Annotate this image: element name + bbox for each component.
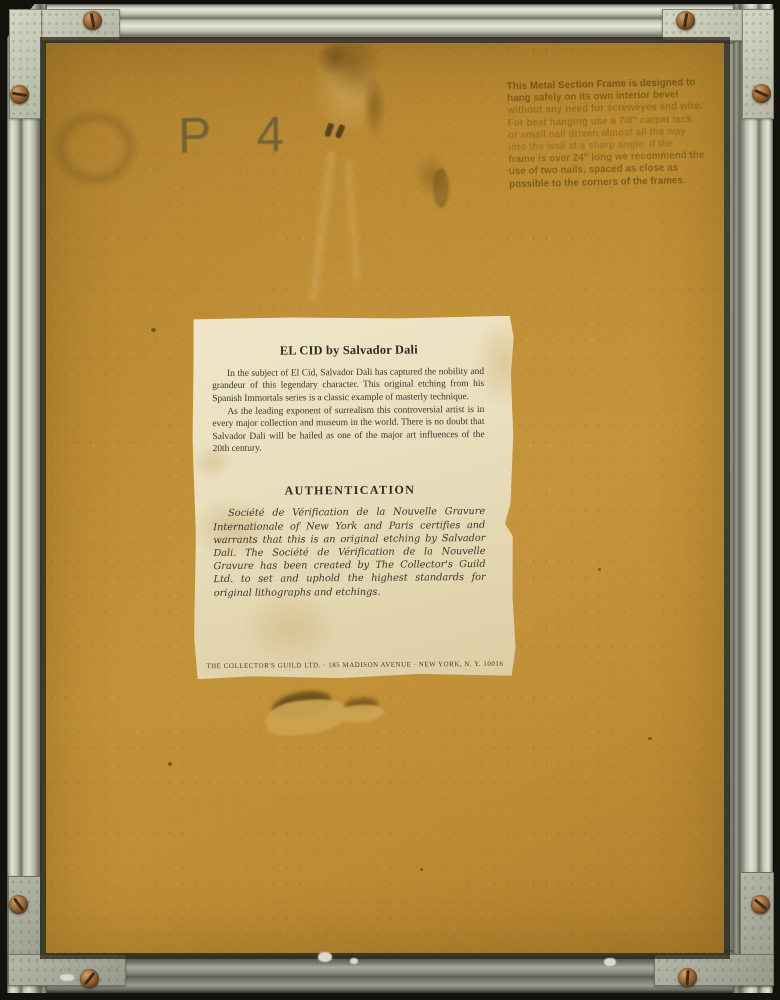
photo-of-frame-back: P 4 This Metal Section Frame is designed… [0, 0, 780, 1000]
authentication-text: Société de Vérification de la Nouvelle G… [213, 505, 486, 600]
speck [420, 868, 423, 871]
label-paragraph: In the subject of El Cid, Salvador Dali … [212, 366, 484, 406]
authentication-heading: AUTHENTICATION [213, 482, 487, 499]
label-paragraph: As the leading exponent of surrealism th… [212, 404, 484, 457]
authentication-label: EL CID by Salvador Dali In the subject o… [192, 316, 517, 680]
paper-chip [60, 974, 74, 981]
speck [151, 328, 156, 332]
screw-icon [10, 85, 29, 104]
glue-stain [299, 42, 429, 157]
screw-icon [678, 968, 697, 987]
hanging-instructions-stamp: This Metal Section Frame is designed to … [507, 77, 711, 191]
corner-bracket-bottom-left-horizontal [8, 954, 126, 986]
corner-bracket-bottom-right-horizontal [654, 954, 774, 986]
paper-chip [604, 958, 616, 966]
speck [168, 762, 172, 766]
screw-icon [80, 969, 99, 988]
paper-chip [318, 952, 332, 962]
frame-rail-right [733, 4, 773, 993]
speck [598, 568, 601, 571]
screw-icon [83, 11, 102, 30]
screw-icon [9, 895, 28, 914]
label-title: EL CID by Salvador Dali [212, 342, 486, 359]
smudge-mark [433, 168, 449, 208]
label-footer-address: THE COLLECTOR'S GUILD LTD. · 185 MADISON… [206, 661, 498, 670]
pencil-inventory-code: P 4 [178, 109, 308, 160]
speck [648, 737, 652, 740]
frame-rail-left [7, 4, 47, 993]
screw-icon [752, 84, 771, 103]
faint-ring-stain [48, 106, 142, 190]
paper-chip [350, 958, 358, 964]
screw-icon [676, 11, 695, 30]
frame-rail-top [7, 4, 773, 44]
screw-icon [751, 895, 770, 914]
ink-mark [323, 122, 349, 141]
